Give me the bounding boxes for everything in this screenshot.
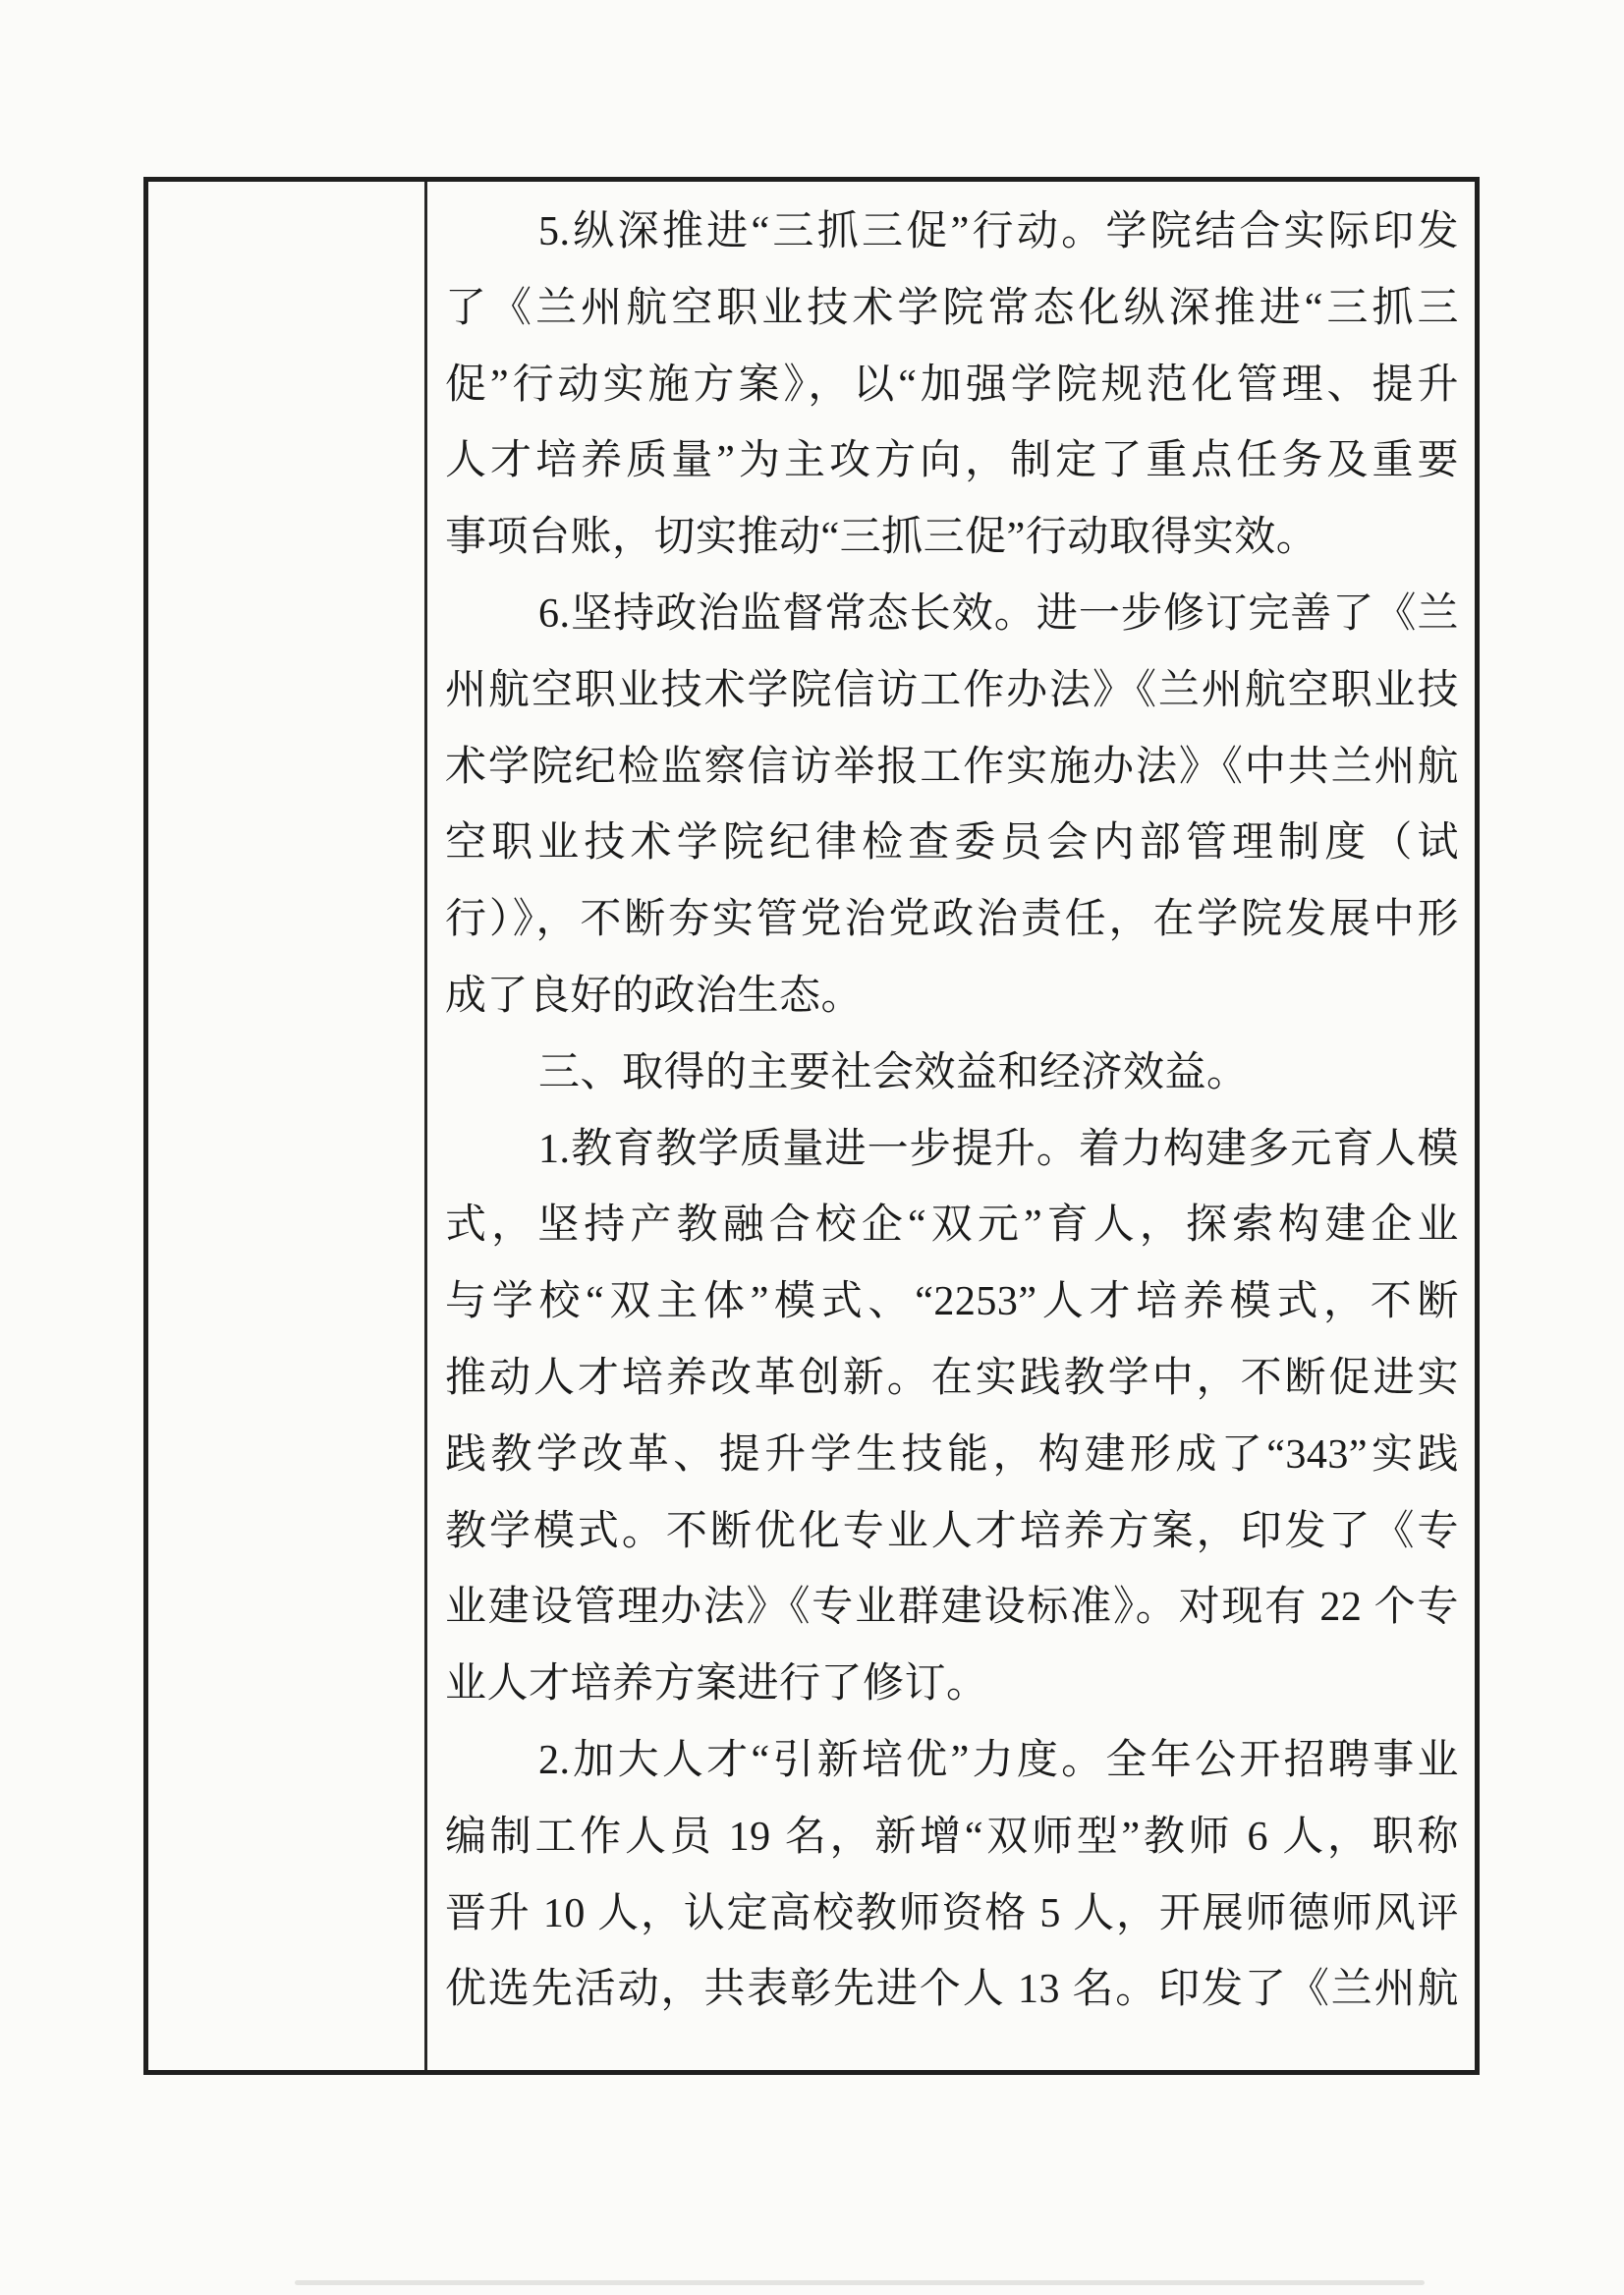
text-line: 事项台账，切实推动“三抓三促”行动取得实效。 — [445, 500, 1459, 577]
paragraph-container: 5.纵深推进“三抓三促”行动。学院结合实际印发了《兰州航空职业技术学院常态化纵深… — [445, 195, 1459, 2029]
text-line: 空职业技术学院纪律检查委员会内部管理制度（试 — [445, 806, 1459, 882]
document-page: 5.纵深推进“三抓三促”行动。学院结合实际印发了《兰州航空职业技术学院常态化纵深… — [0, 0, 1624, 2295]
text-line: 业人才培养方案进行了修订。 — [445, 1647, 1459, 1723]
text-line: 编制工作人员 19 名，新增“双师型”教师 6 人，职称 — [445, 1800, 1459, 1876]
text-line: 6.坚持政治监督常态长效。进一步修订完善了《兰 — [445, 577, 1459, 653]
text-line: 了《兰州航空职业技术学院常态化纵深推进“三抓三 — [445, 271, 1459, 348]
report-table: 5.纵深推进“三抓三促”行动。学院结合实际印发了《兰州航空职业技术学院常态化纵深… — [143, 177, 1480, 2075]
section-heading-paragraph: 三、取得的主要社会效益和经济效益。 — [445, 1036, 1459, 1112]
text-line: 5.纵深推进“三抓三促”行动。学院结合实际印发 — [445, 195, 1459, 271]
text-line: 1.教育教学质量进一步提升。着力构建多元育人模 — [445, 1112, 1459, 1189]
text-line: 成了良好的政治生态。 — [445, 959, 1459, 1036]
table-content-column: 5.纵深推进“三抓三促”行动。学院结合实际印发了《兰州航空职业技术学院常态化纵深… — [427, 182, 1475, 2070]
paragraph: 2.加大人才“引新培优”力度。全年公开招聘事业编制工作人员 19 名，新增“双师… — [445, 1723, 1459, 2029]
text-line: 促”行动实施方案》，以“加强学院规范化管理、提升 — [445, 348, 1459, 424]
text-line: 行）》，不断夯实管党治党政治责任，在学院发展中形 — [445, 882, 1459, 959]
text-line: 业建设管理办法》《专业群建设标准》。对现有 22 个专 — [445, 1570, 1459, 1647]
text-line: 晋升 10 人，认定高校教师资格 5 人，开展师德师风评 — [445, 1876, 1459, 1953]
text-line: 三、取得的主要社会效益和经济效益。 — [445, 1036, 1459, 1112]
text-line: 优选先活动，共表彰先进个人 13 名。印发了《兰州航 — [445, 1952, 1459, 2029]
table-label-column — [148, 182, 427, 2070]
text-line: 与学校“双主体”模式、“2253”人才培养模式，不断 — [445, 1264, 1459, 1341]
paragraph: 1.教育教学质量进一步提升。着力构建多元育人模式，坚持产教融合校企“双元”育人，… — [445, 1112, 1459, 1723]
text-line: 术学院纪检监察信访举报工作实施办法》《中共兰州航 — [445, 730, 1459, 807]
paragraph: 5.纵深推进“三抓三促”行动。学院结合实际印发了《兰州航空职业技术学院常态化纵深… — [445, 195, 1459, 577]
text-line: 式，坚持产教融合校企“双元”育人，探索构建企业 — [445, 1188, 1459, 1264]
paragraph: 6.坚持政治监督常态长效。进一步修订完善了《兰州航空职业技术学院信访工作办法》《… — [445, 577, 1459, 1036]
text-line: 2.加大人才“引新培优”力度。全年公开招聘事业 — [445, 1723, 1459, 1800]
text-line: 教学模式。不断优化专业人才培养方案，印发了《专 — [445, 1494, 1459, 1571]
text-line: 人才培养质量”为主攻方向，制定了重点任务及重要 — [445, 423, 1459, 500]
text-line: 践教学改革、提升学生技能，构建形成了“343”实践 — [445, 1418, 1459, 1494]
scan-edge-artifact — [295, 2280, 1425, 2285]
text-line: 推动人才培养改革创新。在实践教学中，不断促进实 — [445, 1341, 1459, 1418]
text-line: 州航空职业技术学院信访工作办法》《兰州航空职业技 — [445, 653, 1459, 730]
